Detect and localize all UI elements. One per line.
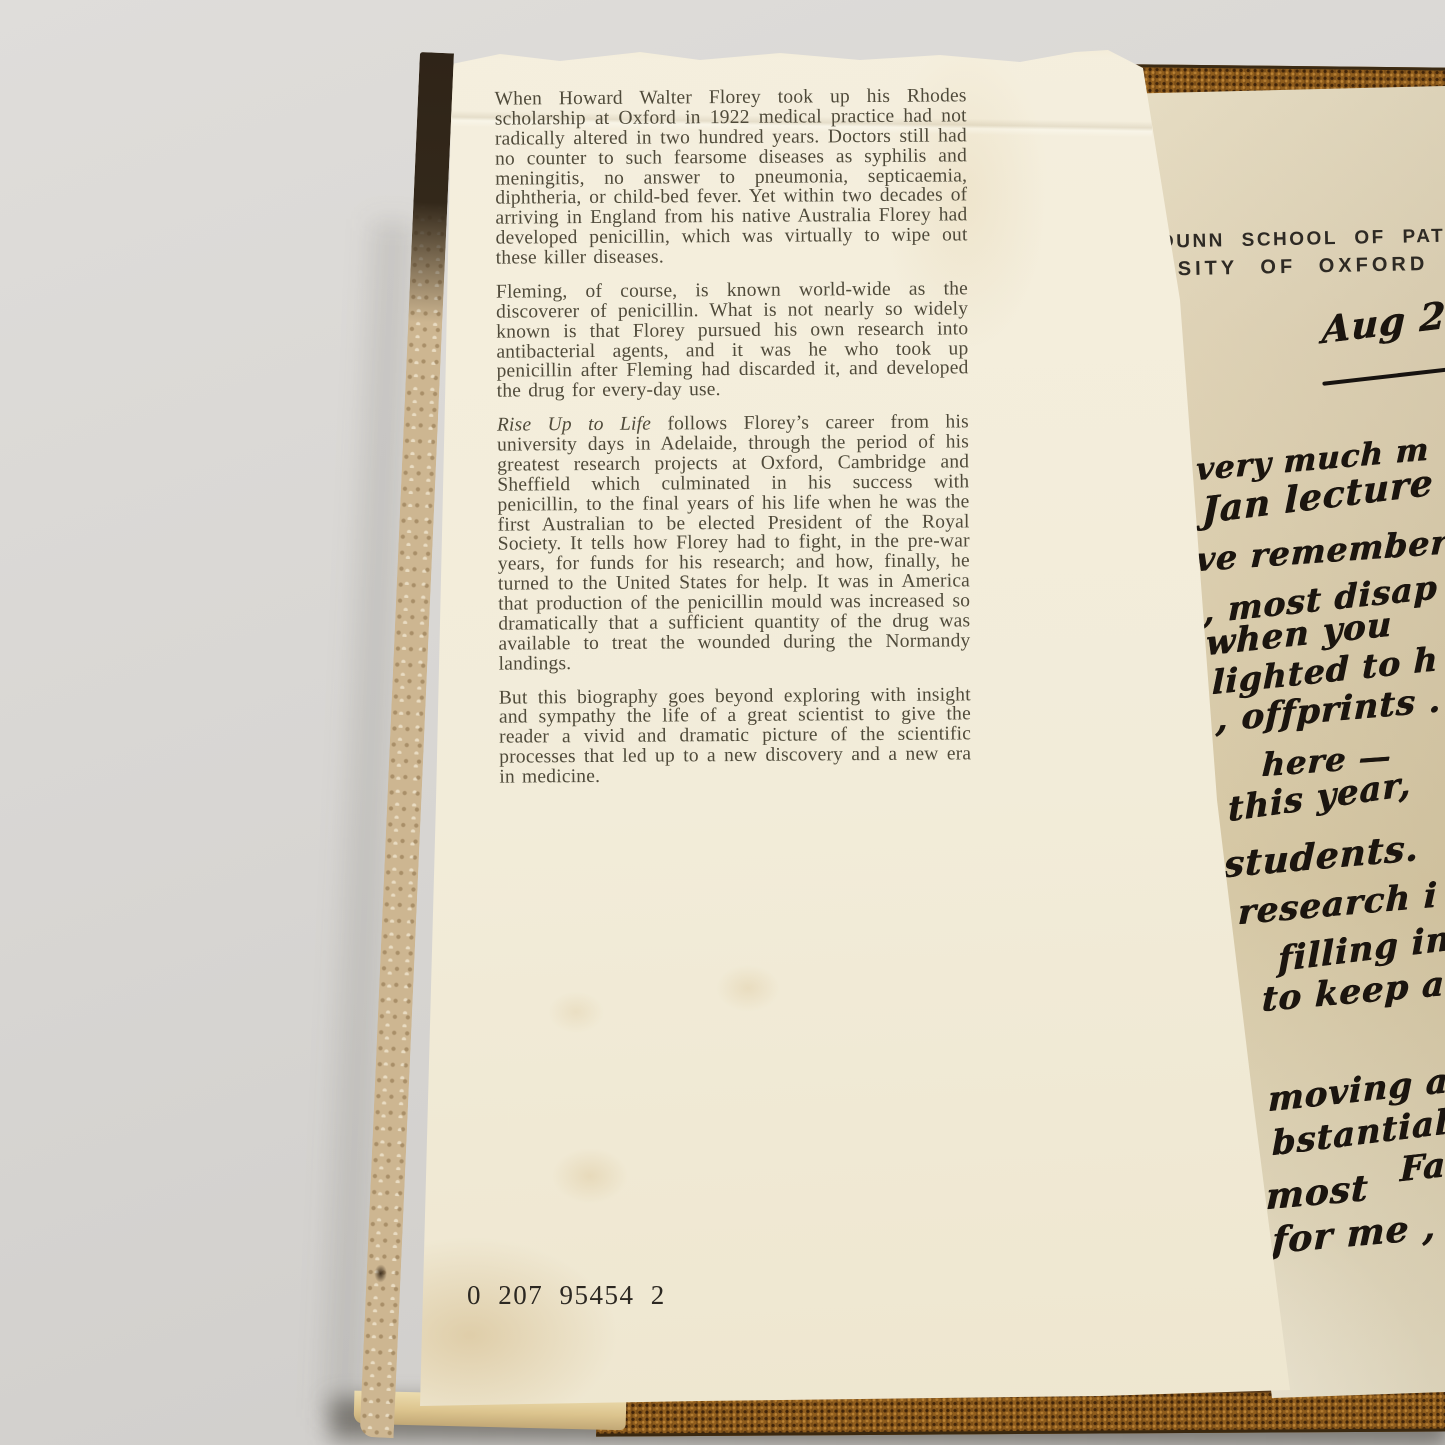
- handwritten-date: Aug 2nd 19: [1321, 278, 1445, 353]
- flap-paragraph-3-rest: follows Florey’s career from his univers…: [497, 411, 971, 674]
- date-underline: [1322, 366, 1445, 386]
- letterhead-line-1: DUNN SCHOOL OF PATHOLO: [1160, 224, 1445, 253]
- book-title-italic: Rise Up to Life: [497, 414, 651, 436]
- handwriting-line: Fa: [1400, 1145, 1445, 1190]
- handwriting-line: most: [1265, 1167, 1369, 1218]
- flap-paragraph-3: Rise Up to Life follows Florey’s career …: [497, 412, 971, 674]
- flap-paragraph-2: Fleming, of course, is known world-wide …: [496, 279, 969, 402]
- book-photo-scene: DUNN SCHOOL OF PATHOLO ERSITY OF OXFORD …: [0, 0, 1445, 1445]
- handwriting-line: students.: [1223, 827, 1419, 886]
- letterhead-line-2: ERSITY OF OXFORD: [1142, 253, 1429, 282]
- flap-paragraph-4: But this biography goes beyond exploring…: [499, 685, 972, 788]
- isbn-number: 0 207 95454 2: [467, 1280, 666, 1311]
- flap-paragraph-1: When Howard Walter Florey took up his Rh…: [495, 86, 968, 268]
- flap-blurb-text: When Howard Walter Florey took up his Rh…: [495, 86, 972, 787]
